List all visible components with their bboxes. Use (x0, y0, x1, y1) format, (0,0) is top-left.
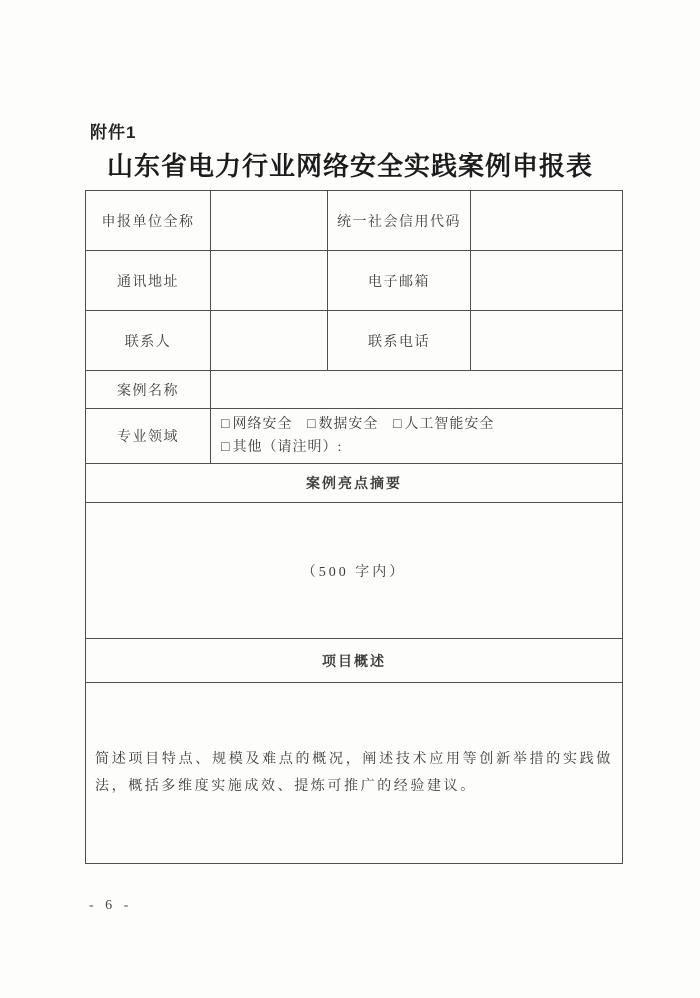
table-row-highlights-body: （500 字内） (86, 503, 623, 639)
checkbox-option: □数据安全 (307, 417, 378, 432)
address-value-cell (211, 251, 328, 311)
specialty-options-line2: □其他（请注明）: (221, 436, 616, 459)
table-row-org: 申报单位全称 统一社会信用代码 (86, 191, 623, 251)
checkbox-icon: □ (393, 417, 402, 432)
org-name-value-cell (211, 191, 328, 251)
table-row-overview-header: 项目概述 (86, 639, 623, 683)
table-row-overview-body: 简述项目特点、规模及难点的概况，阐述技术应用等创新举措的实践做法，概括多维度实施… (86, 683, 623, 864)
checkbox-option-label: 其他（请注明）: (232, 440, 342, 455)
specialty-options-cell: □网络安全 □数据安全 □人工智能安全 □其他（请注明）: (211, 409, 623, 464)
document-page: 附件1 山东省电力行业网络安全实践案例申报表 申报单位全称 统一社会信用代码 通… (0, 0, 700, 998)
page-title: 山东省电力行业网络安全实践案例申报表 (0, 146, 700, 183)
phone-label: 联系电话 (328, 311, 471, 371)
checkbox-option-label: 网络安全 (232, 417, 292, 432)
table-row-highlights-header: 案例亮点摘要 (86, 464, 623, 503)
checkbox-option-label: 数据安全 (318, 417, 378, 432)
checkbox-option: □其他（请注明）: (221, 440, 342, 455)
checkbox-icon: □ (221, 440, 230, 455)
case-name-value-cell (211, 371, 623, 409)
email-value-cell (471, 251, 623, 311)
org-name-label: 申报单位全称 (86, 191, 211, 251)
address-label: 通讯地址 (86, 251, 211, 311)
highlights-body-cell: （500 字内） (86, 503, 623, 639)
contact-value-cell (211, 311, 328, 371)
page-number: - 6 - (89, 898, 132, 914)
table-row-address: 通讯地址 电子邮箱 (86, 251, 623, 311)
email-label: 电子邮箱 (328, 251, 471, 311)
checkbox-icon: □ (307, 417, 316, 432)
case-name-label: 案例名称 (86, 371, 211, 409)
table-row-specialty: 专业领域 □网络安全 □数据安全 □人工智能安全 □其他（请注明）: (86, 409, 623, 464)
overview-hint-cell: 简述项目特点、规模及难点的概况，阐述技术应用等创新举措的实践做法，概括多维度实施… (86, 683, 623, 864)
credit-code-label: 统一社会信用代码 (328, 191, 471, 251)
phone-value-cell (471, 311, 623, 371)
table-row-case-name: 案例名称 (86, 371, 623, 409)
contact-label: 联系人 (86, 311, 211, 371)
checkbox-icon: □ (221, 417, 230, 432)
highlights-header: 案例亮点摘要 (86, 464, 623, 503)
table-row-contact: 联系人 联系电话 (86, 311, 623, 371)
checkbox-option: □人工智能安全 (393, 417, 494, 432)
checkbox-option-label: 人工智能安全 (404, 417, 494, 432)
specialty-options-line1: □网络安全 □数据安全 □人工智能安全 (221, 413, 616, 436)
checkbox-option: □网络安全 (221, 417, 292, 432)
application-form-table: 申报单位全称 统一社会信用代码 通讯地址 电子邮箱 联系人 联系电话 案例名称 (85, 190, 623, 864)
attachment-label: 附件1 (90, 118, 136, 143)
specialty-label: 专业领域 (86, 409, 211, 464)
overview-header: 项目概述 (86, 639, 623, 683)
credit-code-value-cell (471, 191, 623, 251)
